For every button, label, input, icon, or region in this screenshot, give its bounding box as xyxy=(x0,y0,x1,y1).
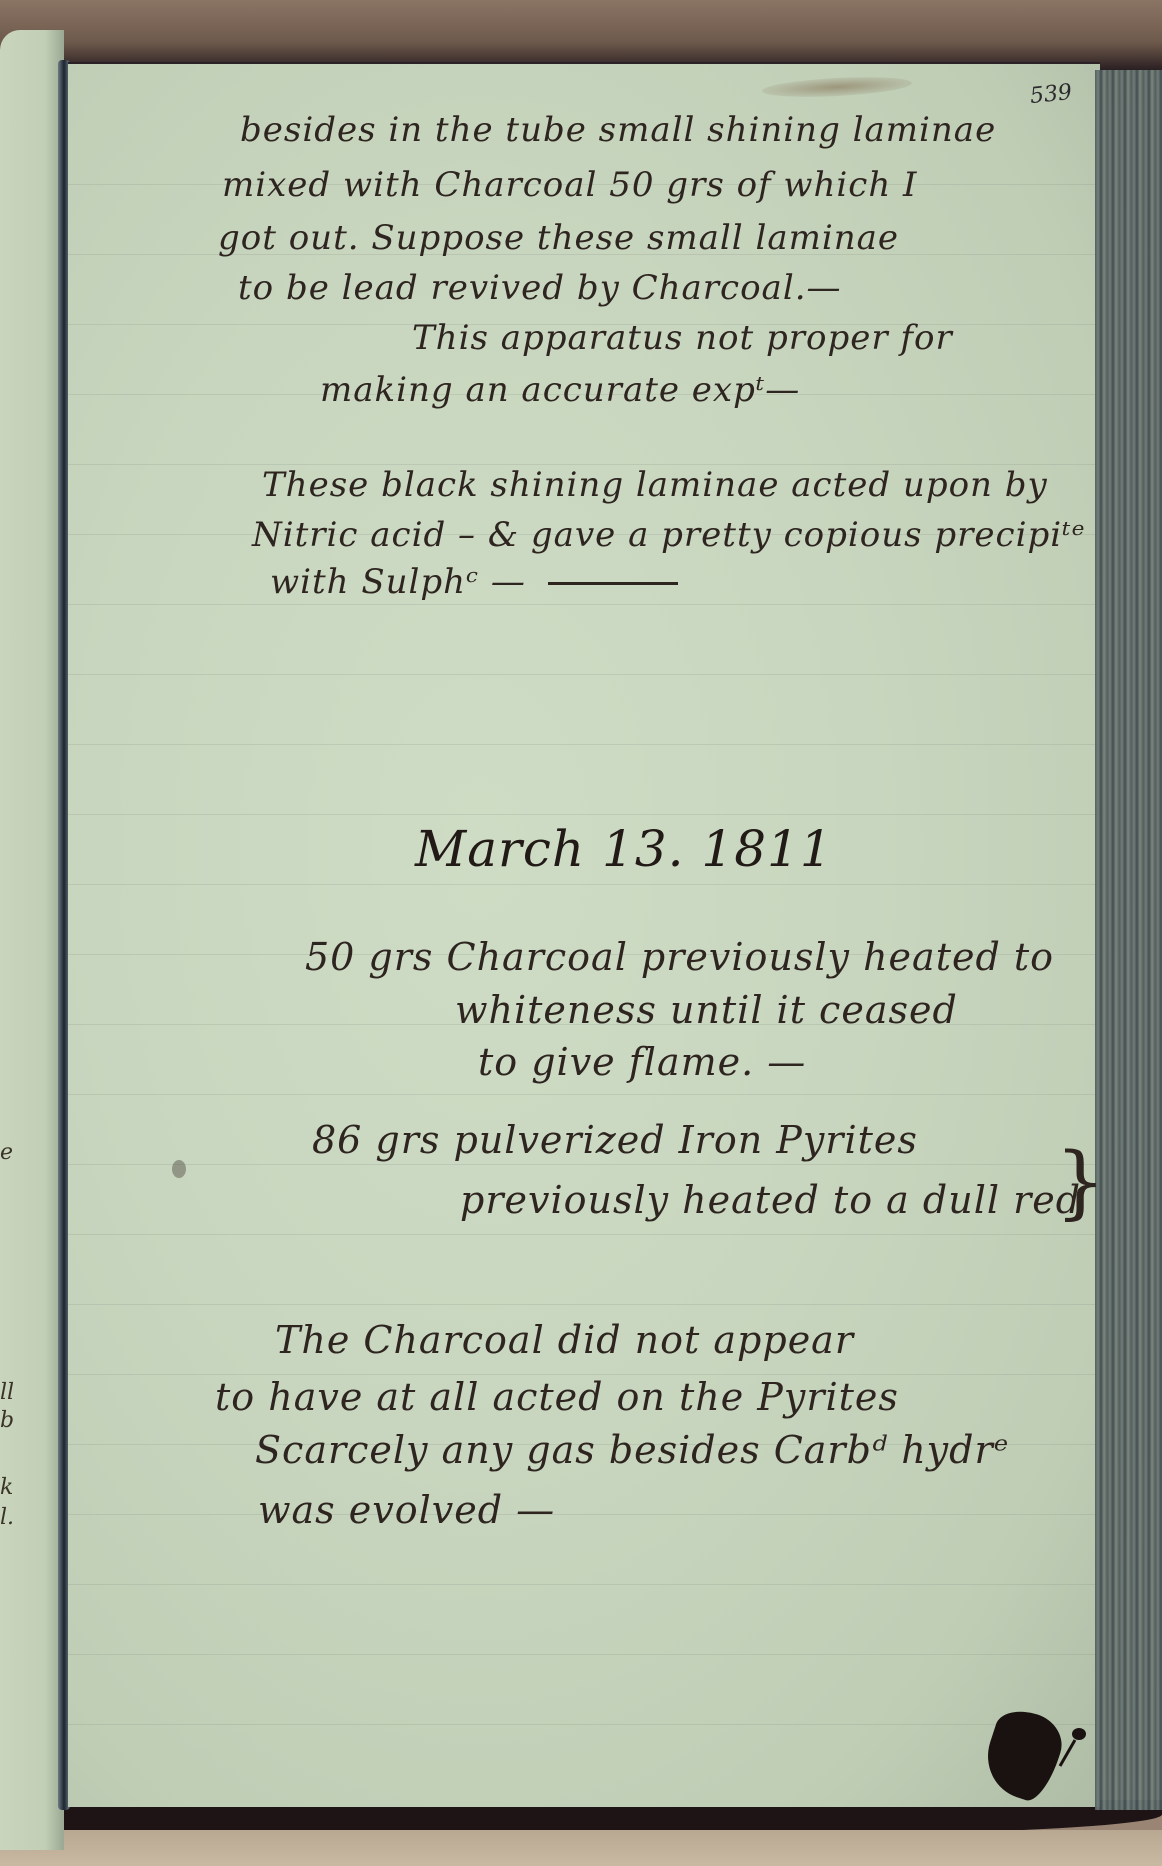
text-line: to have at all acted on the Pyrites xyxy=(215,1375,899,1419)
text-line: was evolved — xyxy=(258,1488,555,1532)
text-line: Nitric acid – & gave a pretty copious pr… xyxy=(252,515,1086,555)
text-line: These black shining laminae acted upon b… xyxy=(262,465,1048,505)
ink-spot xyxy=(172,1160,186,1178)
text-line: previously heated to a dull red xyxy=(460,1178,1081,1222)
left-page-edge: e ll b k l. xyxy=(0,30,64,1850)
margin-fragment: k xyxy=(0,1475,13,1500)
text-line: making an accurate expᵗ— xyxy=(320,370,800,410)
text-line: to give flame. — xyxy=(478,1040,806,1084)
book-fore-edge xyxy=(1095,70,1162,1810)
margin-fragment: ll xyxy=(0,1380,14,1405)
table-surface-top xyxy=(0,0,1162,70)
text-line: 86 grs pulverized Iron Pyrites xyxy=(312,1118,918,1162)
text-line: mixed with Charcoal 50 grs of which I xyxy=(222,165,917,205)
text-line: got out. Suppose these small laminae xyxy=(218,218,899,258)
text-line: Scarcely any gas besides Carbᵈ hydrᵉ xyxy=(255,1428,1009,1472)
margin-fragment: e xyxy=(0,1140,13,1165)
text-line: 50 grs Charcoal previously heated to xyxy=(305,935,1054,979)
table-surface-bottom xyxy=(0,1830,1162,1866)
text-line: to be lead revived by Charcoal.— xyxy=(238,268,842,308)
page-number: 539 xyxy=(1029,80,1073,109)
date-heading: March 13. 1811 xyxy=(415,820,833,878)
brace-mark: } xyxy=(1055,1135,1106,1228)
text-line: whiteness until it ceased xyxy=(455,988,958,1032)
text-line: The Charcoal did not appear xyxy=(275,1318,854,1362)
margin-fragment: l. xyxy=(0,1505,14,1530)
margin-fragment: b xyxy=(0,1408,14,1433)
text-line: with Sulphᶜ — xyxy=(270,562,526,602)
underline-stroke xyxy=(548,582,678,585)
text-line: besides in the tube small shining lamina… xyxy=(240,110,996,150)
ink-blot-small xyxy=(1072,1728,1086,1740)
text-line: This apparatus not proper for xyxy=(412,318,953,358)
